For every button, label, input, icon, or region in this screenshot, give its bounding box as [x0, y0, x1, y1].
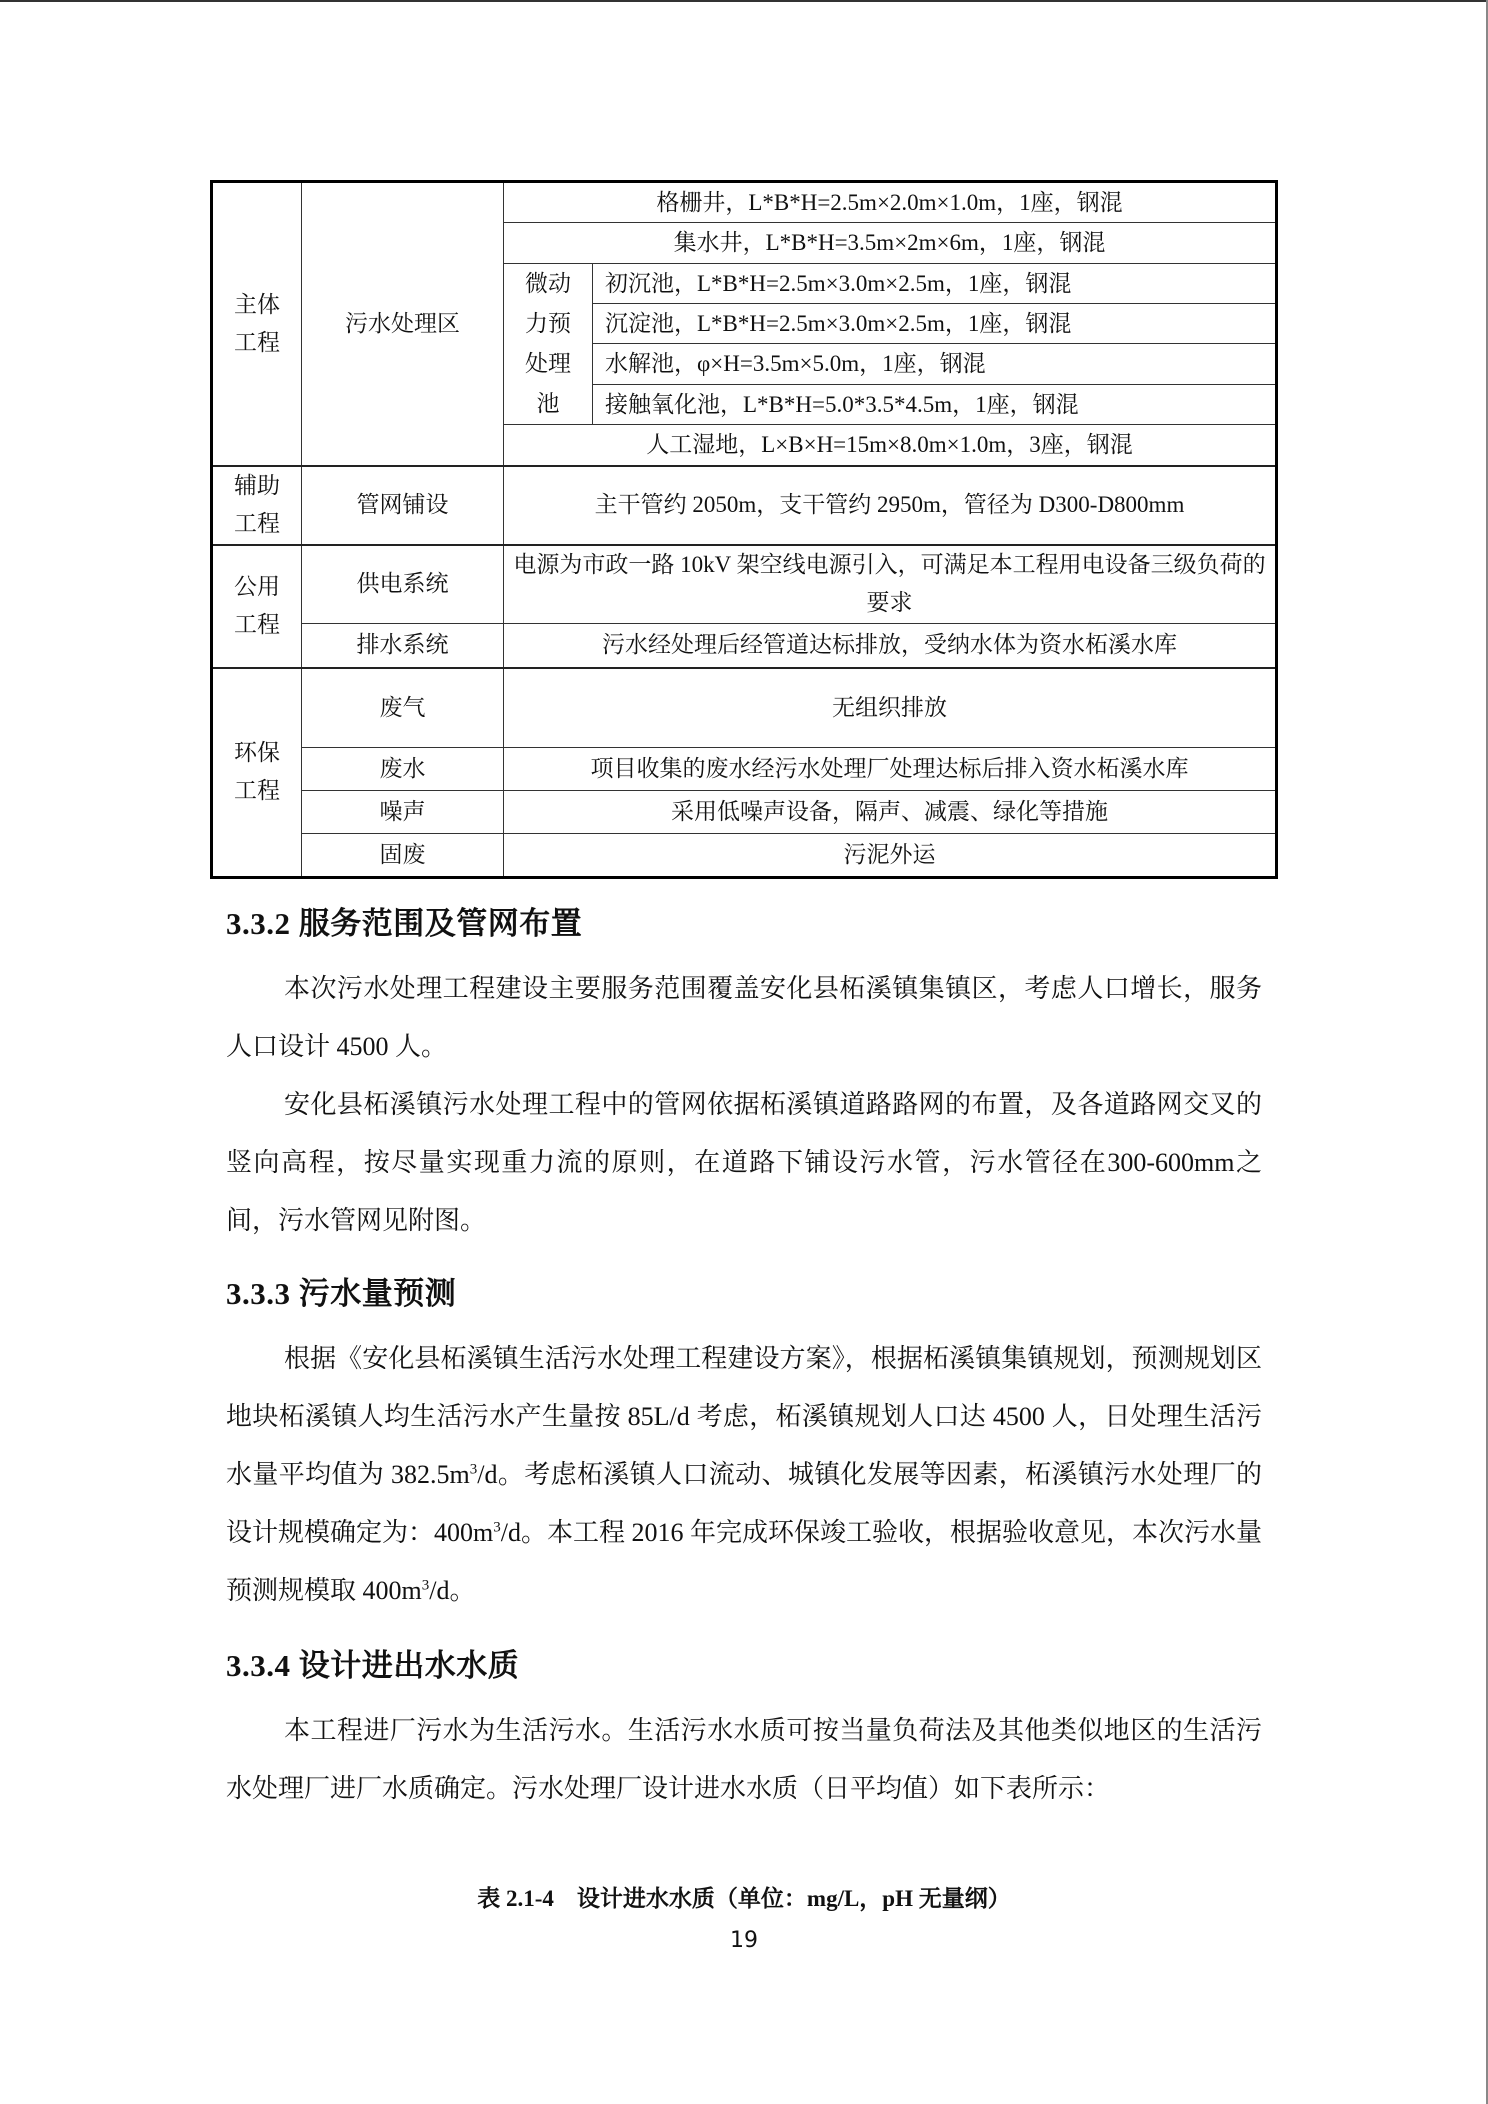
- sub-power: 供电系统: [302, 545, 504, 624]
- category-environmental: 环保 工程: [212, 668, 302, 878]
- paragraph: 根据《安化县柘溪镇生活污水处理工程建设方案》，根据柘溪镇集镇规划，预测规划区地块…: [226, 1330, 1262, 1620]
- table-cell: 初沉池，L*B*H=2.5m×3.0m×2.5m，1座，钢混: [593, 264, 1277, 304]
- section-heading-3-3-4: 3.3.4 设计进出水水质: [226, 1640, 519, 1685]
- project-composition-table: 主体 工程 污水处理区 格栅井，L*B*H=2.5m×2.0m×1.0m，1座，…: [210, 180, 1278, 879]
- sub-noise: 噪声: [302, 791, 504, 834]
- section-heading-3-3-3: 3.3.3 污水量预测: [226, 1268, 456, 1313]
- table-caption: 表 2.1-4 设计进水水质（单位：mg/L，pH 无量纲）: [0, 1880, 1488, 1913]
- table-cell: 污泥外运: [504, 834, 1277, 878]
- category-public: 公用 工程: [212, 545, 302, 668]
- paragraph: 安化县柘溪镇污水处理工程中的管网依据柘溪镇道路路网的布置，及各道路网交叉的竖向高…: [226, 1076, 1262, 1250]
- paragraph: 本次污水处理工程建设主要服务范围覆盖安化县柘溪镇集镇区，考虑人口增长，服务人口设…: [226, 960, 1262, 1076]
- page-top-border: [0, 0, 1488, 2]
- sub-waste-water: 废水: [302, 748, 504, 791]
- table-cell: 接触氧化池，L*B*H=5.0*3.5*4.5m，1座，钢混: [593, 385, 1277, 425]
- table-cell: 水解池，φ×H=3.5m×5.0m，1座，钢混: [593, 344, 1277, 385]
- table-cell: 集水井，L*B*H=3.5m×2m×6m，1座，钢混: [504, 223, 1277, 264]
- superscript: 3: [493, 1519, 501, 1535]
- table-cell: 污水经处理后经管道达标排放，受纳水体为资水柘溪水库: [504, 624, 1277, 668]
- section-heading-3-3-2: 3.3.2 服务范围及管网布置: [226, 898, 582, 943]
- table-cell: 采用低噪声设备，隔声、减震、绿化等措施: [504, 791, 1277, 834]
- sub-drainage: 排水系统: [302, 624, 504, 668]
- table-cell: 沉淀池，L*B*H=2.5m×3.0m×2.5m，1座，钢混: [593, 304, 1277, 344]
- table-cell: 项目收集的废水经污水处理厂处理达标后排入资水柘溪水库: [504, 748, 1277, 791]
- sub-waste-gas: 废气: [302, 668, 504, 748]
- table-cell: 电源为市政一路 10kV 架空线电源引入，可满足本工程用电设备三级负荷的要求: [504, 545, 1277, 624]
- paragraph: 本工程进厂污水为生活污水。生活污水水质可按当量负荷法及其他类似地区的生活污水处理…: [226, 1702, 1262, 1818]
- table-cell: 人工湿地，L×B×H=15m×8.0m×1.0m，3座，钢混: [504, 425, 1277, 466]
- table-cell: 主干管约 2050m，支干管约 2950m，管径为 D300-D800mm: [504, 466, 1277, 545]
- sub-pipe-network: 管网铺设: [302, 466, 504, 545]
- sub-solid-waste: 固废: [302, 834, 504, 878]
- text-span: /d。: [429, 1576, 475, 1605]
- table-cell: 无组织排放: [504, 668, 1277, 748]
- pretreatment-label: 微动 力预 处理 池: [504, 264, 593, 425]
- category-auxiliary: 辅助 工程: [212, 466, 302, 545]
- category-main: 主体 工程: [212, 182, 302, 466]
- sub-wastewater-area: 污水处理区: [302, 182, 504, 466]
- table-cell: 格栅井，L*B*H=2.5m×2.0m×1.0m，1座，钢混: [504, 182, 1277, 223]
- page-number: 19: [0, 1928, 1488, 1953]
